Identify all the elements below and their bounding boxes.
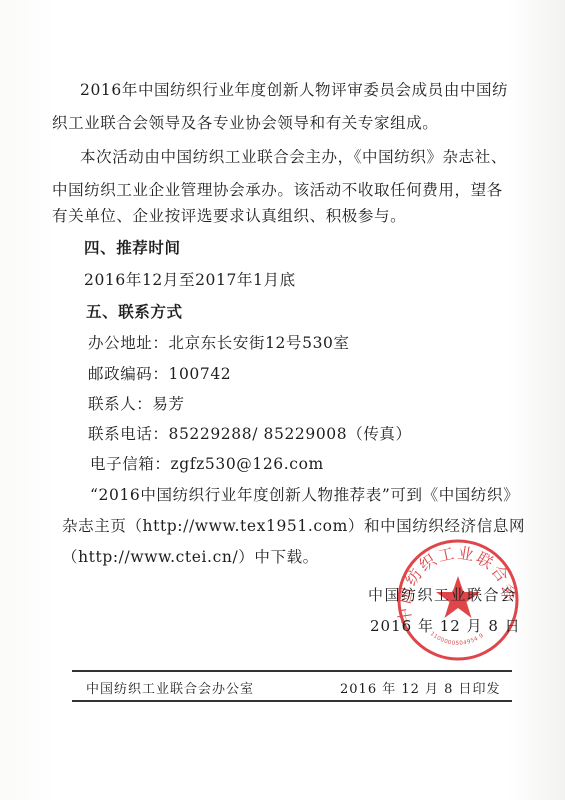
paragraph-organizer-line1: 本次活动由中国纺织工业联合会主办，《中国纺织》杂志社、 [80,147,507,167]
text-fragment: 网 [509,516,525,536]
text-fragment: 织 [428,516,444,536]
download-note-line1: “2016中国纺织行业年度创新人物推荐表”可到《中国纺织》 [90,485,519,505]
download-note-line2: 杂 志 主 页 （http://www.tex1951.com） 和 中 国 纺… [62,516,508,536]
contact-postcode: 邮政编码：100742 [88,364,231,384]
text-fragment: 志 [78,516,94,536]
text-fragment: 和 [364,516,380,536]
signature-organization: 中国纺织工业联合会 [368,585,517,605]
footer-issuer: 中国纺织工业联合会办公室 [86,678,254,697]
text-fragment: 主 [94,516,110,536]
contact-address: 办公地址：北京东长安街12号530室 [88,333,350,353]
text-fragment: 经 [445,516,461,536]
footer-issue-date: 2016 年 12 月 8 日印发 [340,678,501,697]
footer-rule-bottom [72,700,512,702]
text-fragment: 济 [461,516,477,536]
text-fragment: 息 [493,516,509,536]
text-fragment: 页 [110,516,126,536]
paragraph-committee-line1: 2016年中国纺织行业年度创新人物评审委员会成员由中国纺 [80,80,508,100]
signature-date: 2016 年 12 月 8 日 [370,616,521,636]
contact-email: 电子信箱：zgfz530@126.com [90,454,324,474]
contact-person: 联系人：易芳 [88,394,185,414]
document-page: 2016年中国纺织行业年度创新人物评审委员会成员由中国纺 织工业联合会领导及各专… [0,0,565,800]
paragraph-organizer-line2: 中国纺织工业企业管理协会承办。该活动不收取任何费用，望各 [52,180,503,200]
download-note-line3: （http://www.ctei.cn/）中下载。 [62,547,319,567]
text-fragment: 杂 [62,516,78,536]
paragraph-organizer-line3: 有关单位、企业按评选要求认真组织、积极参与。 [52,206,406,226]
paragraph-committee-line2: 织工业联合会领导及各专业协会领导和有关专家组成。 [52,113,438,133]
text-fragment: 信 [477,516,493,536]
tex1951-link-text: （http://www.tex1951.com） [126,516,364,536]
recommendation-period: 2016年12月至2017年1月底 [84,270,296,290]
footer-rule-top [72,670,512,672]
section-five-heading: 五、联系方式 [86,302,183,322]
contact-phone: 联系电话：85229288/ 85229008（传真） [88,424,412,444]
text-fragment: 纺 [412,516,428,536]
text-fragment: 中 [380,516,396,536]
text-fragment: 国 [396,516,412,536]
section-four-heading: 四、推荐时间 [84,238,181,258]
